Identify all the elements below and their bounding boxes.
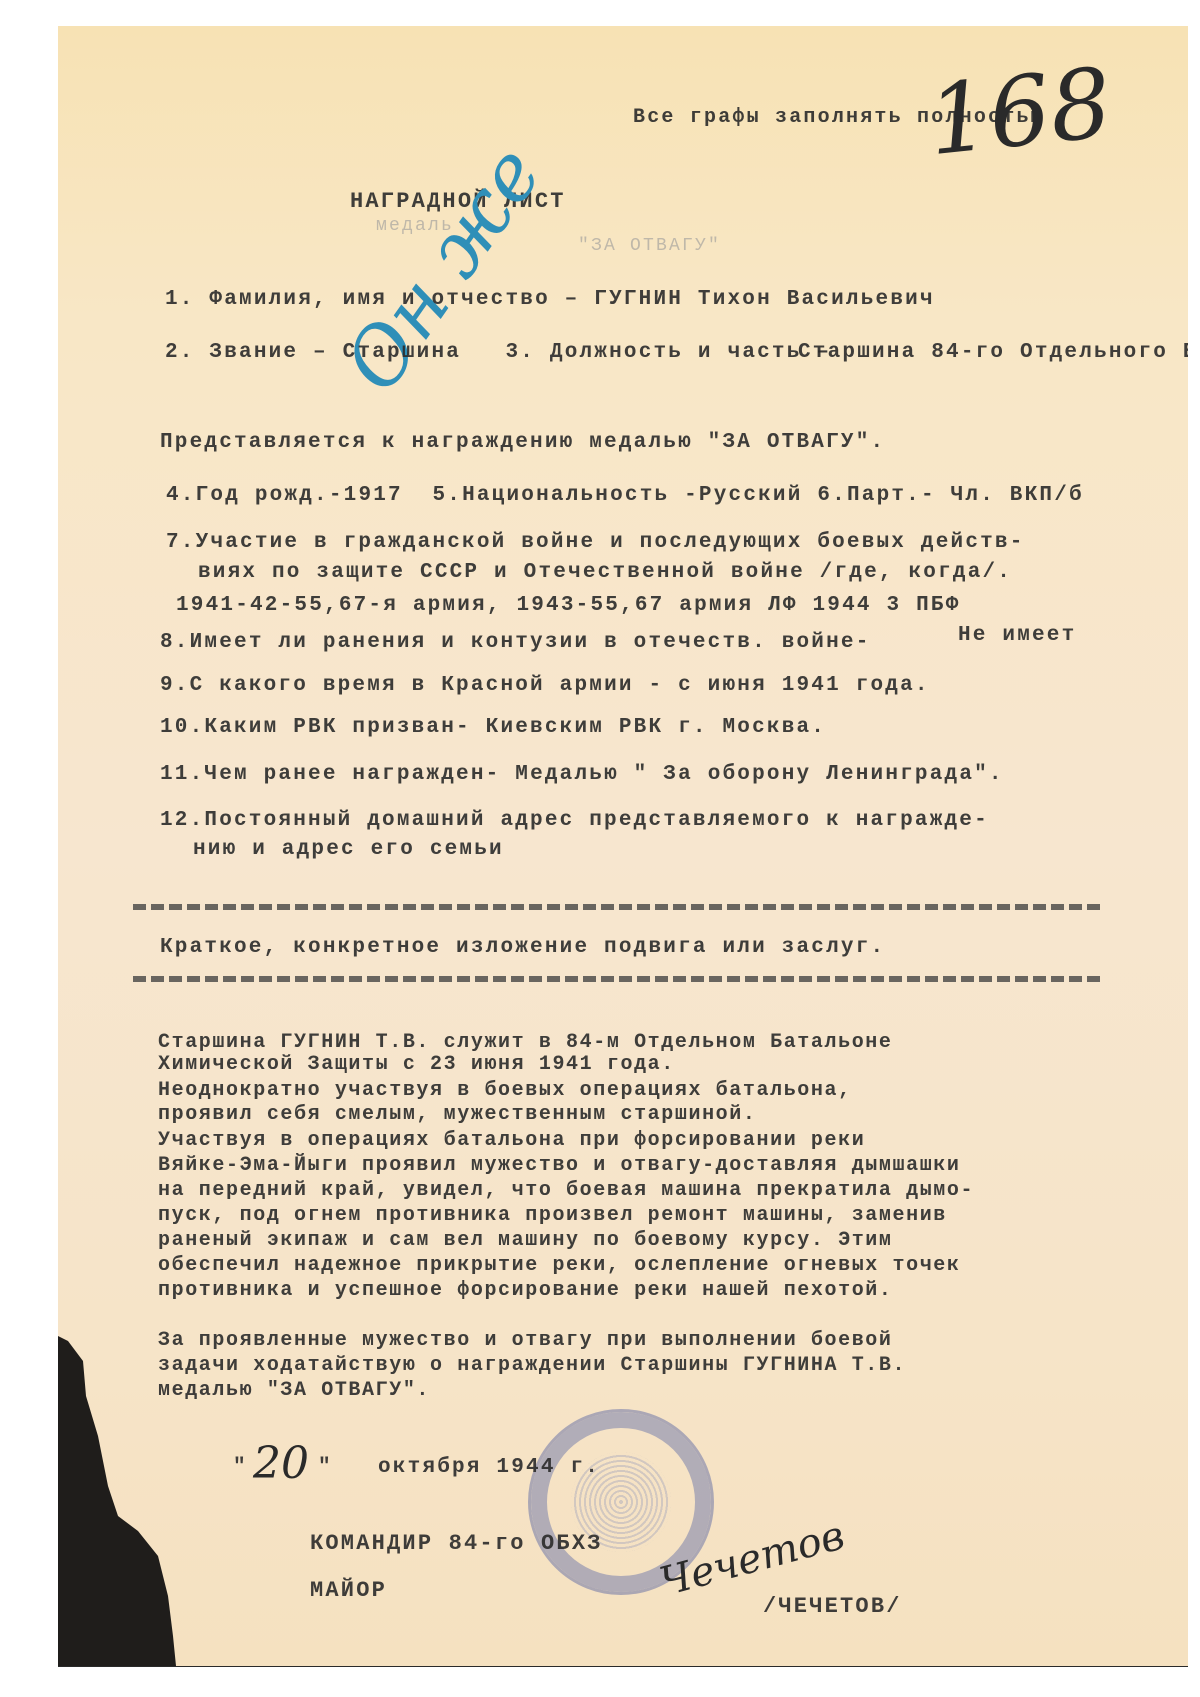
field-12-label-2: нию и адрес его семьи — [193, 838, 504, 861]
nationality: Русский — [699, 484, 803, 507]
date-day: 20 — [253, 1438, 309, 1489]
field-12-label-1: 12.Постоянный домашний адрес представляе… — [160, 809, 989, 832]
presented-for: Представляется к награждению медалью "ЗА… — [160, 431, 885, 454]
archive-number: 168 — [923, 47, 1117, 178]
faint-overprint-2: "ЗА ОТВАГУ" — [578, 236, 721, 256]
date-close-quote: " — [318, 1456, 333, 1479]
separator-2 — [133, 976, 1103, 982]
rank-value: Старшина — [343, 341, 461, 364]
date-month-year: октября 1944 г. — [378, 1456, 600, 1479]
field-4-5-6: 4.Год рожд.-1917 5.Национальность -Русск… — [166, 484, 1084, 507]
commander-rank: МАЙОР — [310, 1578, 387, 1603]
commander-name: /ЧЕЧЕТОВ/ — [763, 1594, 902, 1619]
birth-year: 1917 — [344, 484, 403, 507]
previous-awards: Медалью " За оборону Ленинграда". — [515, 763, 1003, 786]
position-value: Старшина 84-го Отдельного Батальона Хими… — [798, 341, 1188, 364]
field-7-value: 1941-42-55,67-я армия, 1943-55,67 армия … — [176, 594, 961, 617]
service-since: с июня 1941 года. — [678, 674, 930, 697]
wounds-value: Не имеет — [958, 624, 1076, 647]
summary-heading: Краткое, конкретное изложение подвига ил… — [160, 936, 885, 959]
field-8: 8.Имеет ли ранения и контузии в отечеств… — [160, 631, 871, 654]
blue-pencil-annotation: Он же — [328, 131, 559, 408]
field-1: 1. Фамилия, имя и отчество – ГУГНИН Тихо… — [165, 288, 935, 311]
field-7-label-1: 7.Участие в гражданской войне и последую… — [166, 531, 1025, 554]
party: Чл. ВКП/б — [951, 484, 1084, 507]
commander-position: КОМАНДИР 84-го ОБХЗ — [310, 1531, 603, 1556]
field-9: 9.С какого время в Красной армии - с июн… — [160, 674, 930, 697]
field-11: 11.Чем ранее награжден- Медалью " За обо… — [160, 763, 1004, 786]
field-10: 10.Каким РВК призван- Киевским РВК г. Мо… — [160, 716, 826, 739]
torn-corner — [58, 1336, 198, 1666]
field-2-3: 2. Звание – Старшина 3. Должность и част… — [165, 341, 831, 364]
separator-1 — [133, 904, 1103, 910]
draft-office: Киевским РВК г. Москва. — [486, 716, 826, 739]
field-7-label-2: виях по защите СССР и Отечественной войн… — [198, 561, 1012, 584]
date-open-quote: " — [233, 1456, 248, 1479]
full-name-value: ГУГНИН Тихон Васильевич — [594, 288, 934, 311]
award-sheet-page: Все графы заполнять полностью 168 НАГРАД… — [58, 26, 1188, 1666]
